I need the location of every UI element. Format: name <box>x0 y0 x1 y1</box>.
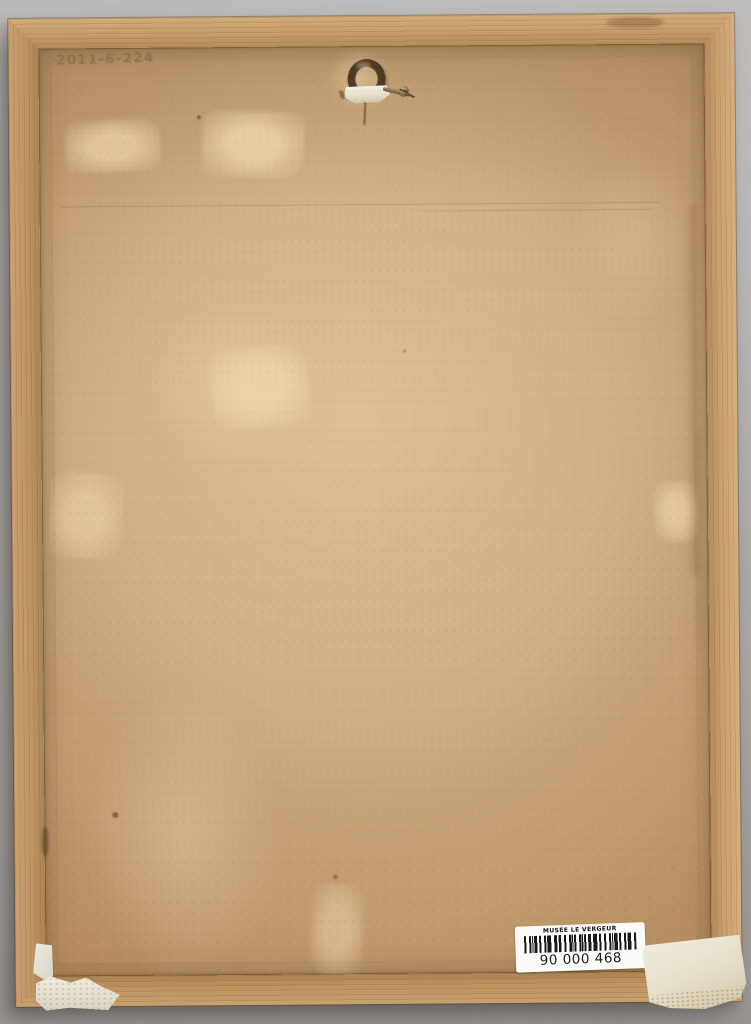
tape-residue-patch <box>326 48 390 111</box>
backing-board: 2011-6-224 <box>38 43 711 976</box>
diffuse-stain <box>567 153 698 324</box>
pencil-line <box>60 202 660 208</box>
screw-shaft <box>383 87 411 97</box>
framed-artwork-back: 2011-6-224 MUSÉE LE VERGEUR 90 000 468 <box>8 13 742 1007</box>
inventory-number: 90 000 468 <box>539 950 622 969</box>
photo-backdrop: 2011-6-224 MUSÉE LE VERGEUR 90 000 468 <box>0 0 751 1024</box>
accession-inscription: 2011-6-224 <box>56 51 155 69</box>
dirt-speck <box>333 874 338 879</box>
dirt-speck <box>112 812 118 818</box>
screw-head <box>399 86 409 96</box>
tape-mark <box>201 110 305 179</box>
water-stain <box>684 205 705 575</box>
hanger-mount <box>343 85 390 104</box>
tape-mark <box>64 118 161 174</box>
crack-mark <box>338 90 346 100</box>
barcode-label: MUSÉE LE VERGEUR 90 000 468 <box>515 922 647 973</box>
dirt-speck <box>197 115 201 119</box>
paint-chip <box>33 943 54 980</box>
water-stain <box>693 429 705 649</box>
dirt-speck <box>403 350 406 353</box>
hanging-ring <box>347 59 385 99</box>
tape-mark <box>48 471 124 560</box>
wood-knot <box>41 827 48 857</box>
screw-tip <box>408 93 415 98</box>
tape-mark <box>208 343 312 430</box>
hanging-hardware <box>38 43 711 976</box>
pencil-line <box>422 209 652 212</box>
frame-rail-bottom <box>16 971 742 1007</box>
tape-mark <box>310 884 364 977</box>
diffuse-stain <box>83 683 285 985</box>
tape-mark <box>653 481 700 543</box>
crack-mark <box>363 102 366 125</box>
diffuse-stain <box>144 296 325 467</box>
